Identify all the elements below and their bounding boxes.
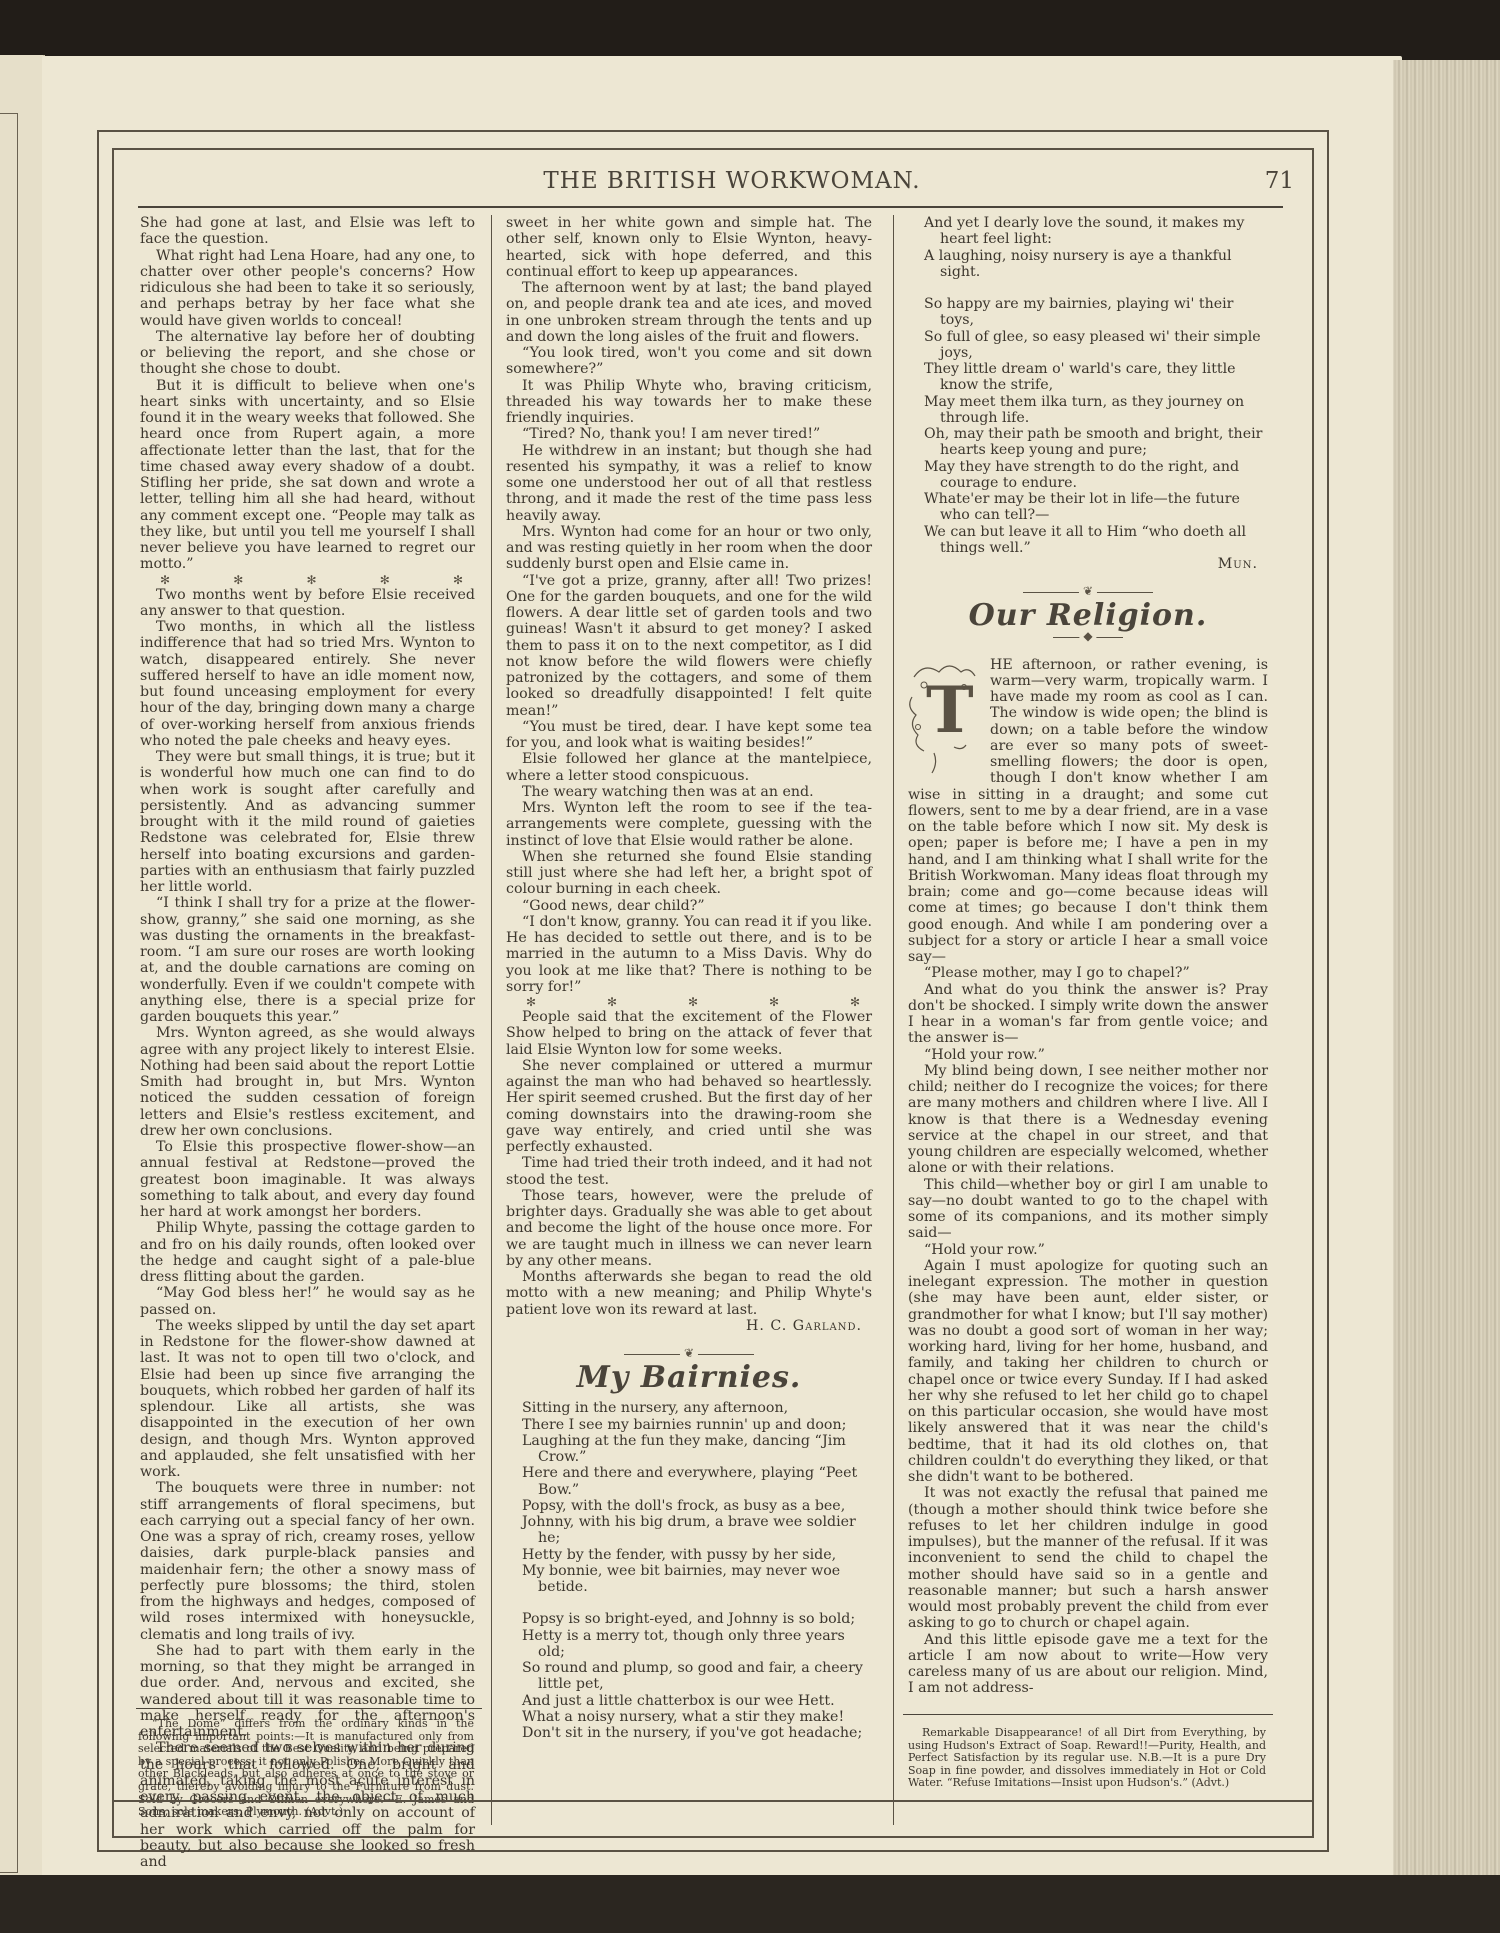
paragraph: Months afterwards she began to read the …: [506, 1269, 872, 1318]
paragraph: Again I must apologize for quoting such …: [908, 1258, 1268, 1486]
advert-text: Remarkable Disappearance! of all Dirt fr…: [908, 1727, 1266, 1790]
paragraph: “Hold your row.”: [908, 1047, 1268, 1063]
paragraph: This child—whether boy or girl I am unab…: [908, 1177, 1268, 1242]
paragraph: Those tears, however, were the prelude o…: [506, 1188, 872, 1269]
poem-line: May they have strength to do the right, …: [924, 459, 1268, 492]
poem-line: Don't sit in the nursery, if you've got …: [522, 1725, 872, 1741]
footer-rule: [112, 1800, 1314, 1802]
advert-text: “The Dome” differs from the ordinary kin…: [138, 1718, 474, 1819]
publication-title: THE BRITISH WORKWOMAN.: [507, 168, 957, 194]
fleuron-icon: ❦: [1079, 583, 1097, 599]
paragraph: To Elsie this prospective flower-show—an…: [140, 1139, 475, 1220]
paragraph: Philip Whyte, passing the cottage garden…: [140, 1220, 475, 1285]
poem-line: Here and there and everywhere, playing “…: [522, 1465, 872, 1498]
paragraph: The bouquets were three in number: not s…: [140, 1480, 475, 1643]
page-number: 71: [1265, 168, 1294, 194]
fleuron-icon: ❦: [680, 1345, 698, 1361]
paragraph: They were but small things, it is true; …: [140, 749, 475, 895]
paragraph: “I've got a prize, granny, after all! Tw…: [506, 573, 872, 719]
article-title: Our Religion.: [908, 608, 1268, 624]
paragraph: Two months, in which all the listless in…: [140, 619, 475, 749]
column-2: sweet in her white gown and simple hat. …: [506, 215, 872, 1835]
poem-line: So round and plump, so good and fair, a …: [522, 1660, 872, 1693]
poem-line: Popsy, with the doll's frock, as busy as…: [522, 1498, 872, 1514]
paragraph: “Please mother, may I go to chapel?”: [908, 965, 1268, 981]
page-stack-edges: [1393, 60, 1500, 1880]
advert-rule: [136, 1708, 482, 1709]
ornate-dropcap: T: [904, 657, 984, 775]
poem-line: So full of glee, so easy pleased wi' the…: [924, 329, 1268, 362]
star-icon: ✻: [688, 995, 698, 1009]
ornamental-divider: ❦: [624, 1350, 754, 1360]
column-1: She had gone at last, and Elsie was left…: [140, 215, 475, 1705]
header-rule: [138, 206, 1283, 208]
facing-page-edge: [0, 55, 45, 1885]
paragraph: Mrs. Wynton agreed, as she would always …: [140, 1025, 475, 1139]
star-icon: ✻: [306, 573, 316, 587]
paragraph: “Tired? No, thank you! I am never tired!…: [506, 426, 872, 442]
article-our-religion: T HE afternoon, or rather evening, is wa…: [908, 657, 1268, 1697]
poem-line: And just a little chatterbox is our wee …: [522, 1693, 872, 1709]
section-break-stars: ✻ ✻ ✻ ✻ ✻: [506, 995, 872, 1009]
advert-hudsons-soap: Remarkable Disappearance! of all Dirt fr…: [908, 1727, 1266, 1790]
poem-line: A laughing, noisy nursery is aye a thank…: [924, 248, 1268, 281]
poem-line: So happy are my bairnies, playing wi' th…: [924, 296, 1268, 329]
paragraph: And this little episode gave me a text f…: [908, 1632, 1268, 1697]
paragraph: “Hold your row.”: [908, 1242, 1268, 1258]
star-icon: ✻: [380, 573, 390, 587]
paragraph: He withdrew in an instant; but though sh…: [506, 443, 872, 524]
paragraph: People said that the excitement of the F…: [506, 1009, 872, 1058]
column-divider: [491, 215, 492, 1825]
poem-line: Laughing at the fun they make, dancing “…: [522, 1433, 872, 1466]
column-divider: [893, 215, 894, 1825]
paragraph: Mrs. Wynton had come for an hour or two …: [506, 524, 872, 573]
advert-dome-blacklead: “The Dome” differs from the ordinary kin…: [138, 1718, 474, 1819]
paragraph: And what do you think the answer is? Pra…: [908, 982, 1268, 1047]
paragraph: Two months went by before Elsie received…: [140, 587, 475, 620]
poem-line: My bonnie, wee bit bairnies, may never w…: [522, 1563, 872, 1596]
paragraph: “I don't know, granny. You can read it i…: [506, 914, 872, 995]
paragraph: What right had Lena Hoare, had any one, …: [140, 248, 475, 329]
column-3: And yet I dearly love the sound, it make…: [908, 215, 1268, 1725]
poem-line: They little dream o' warld's care, they …: [924, 361, 1268, 394]
paragraph: The afternoon went by at last; the band …: [506, 280, 872, 345]
paragraph: It was not exactly the refusal that pain…: [908, 1485, 1268, 1631]
paragraph: “May God bless her!” he would say as he …: [140, 1285, 475, 1318]
star-icon: ✻: [160, 573, 170, 587]
poem-line: Whate'er may be their lot in life—the fu…: [924, 491, 1268, 524]
paragraph: “I think I shall try for a prize at the …: [140, 895, 475, 1025]
poem-line: May meet them ilka turn, as they journey…: [924, 394, 1268, 427]
paragraph: “Good news, dear child?”: [506, 898, 872, 914]
star-icon: ✻: [850, 995, 860, 1009]
running-head: THE BRITISH WORKWOMAN. 71: [112, 168, 1314, 208]
poem-signature: Mun.: [908, 556, 1268, 572]
section-break-stars: ✻ ✻ ✻ ✻ ✻: [140, 573, 475, 587]
facing-page-border: [0, 113, 18, 1873]
paragraph: It was Philip Whyte who, braving critici…: [506, 378, 872, 427]
paragraph: The weary watching then was at an end.: [506, 784, 872, 800]
poem-line: There I see my bairnies runnin' up and d…: [522, 1417, 872, 1433]
author-signature: H. C. Garland.: [506, 1318, 872, 1334]
poem-line: Sitting in the nursery, any afternoon,: [522, 1400, 872, 1416]
star-icon: ✻: [607, 995, 617, 1009]
poem-my-bairnies-continued: And yet I dearly love the sound, it make…: [908, 215, 1268, 556]
small-ornamental-divider: ◆: [1053, 633, 1123, 643]
star-icon: ✻: [233, 573, 243, 587]
star-icon: ✻: [769, 995, 779, 1009]
star-icon: ✻: [453, 573, 463, 587]
paragraph: My blind being down, I see neither mothe…: [908, 1063, 1268, 1177]
scan-background-bottom: [0, 1875, 1500, 1933]
paragraph: She had gone at last, and Elsie was left…: [140, 215, 475, 248]
paragraph: Elsie followed her glance at the mantelp…: [506, 751, 872, 784]
stanza-break: [506, 1595, 872, 1611]
poem-line: Popsy is so bright-eyed, and Johnny is s…: [522, 1611, 872, 1627]
paragraph: But it is difficult to believe when one'…: [140, 378, 475, 573]
poem-line: Oh, may their path be smooth and bright,…: [924, 426, 1268, 459]
paragraph: “You must be tired, dear. I have kept so…: [506, 719, 872, 752]
paragraph: Mrs. Wynton left the room to see if the …: [506, 800, 872, 849]
star-icon: ✻: [526, 995, 536, 1009]
poem-line: We can but leave it all to Him “who doet…: [924, 524, 1268, 557]
paragraph: When she returned she found Elsie standi…: [506, 849, 872, 898]
diamond-icon: ◆: [1079, 628, 1096, 644]
ornamental-divider: ❦: [1023, 588, 1153, 598]
stanza-break: [908, 280, 1268, 296]
scan-background-top: [0, 0, 1500, 62]
poem-line: Hetty is a merry tot, though only three …: [522, 1628, 872, 1661]
advert-rule: [903, 1714, 1273, 1715]
paragraph: Time had tried their troth indeed, and i…: [506, 1155, 872, 1188]
poem-line: And yet I dearly love the sound, it make…: [924, 215, 1268, 248]
paragraph: The weeks slipped by until the day set a…: [140, 1318, 475, 1481]
poem-line: Hetty by the fender, with pussy by her s…: [522, 1547, 872, 1563]
poem-title: My Bairnies.: [506, 1370, 872, 1386]
paragraph: The alternative lay before her of doubti…: [140, 329, 475, 378]
poem-line: Johnny, with his big drum, a brave wee s…: [522, 1514, 872, 1547]
paragraph: sweet in her white gown and simple hat. …: [506, 215, 872, 280]
poem-line: What a noisy nursery, what a stir they m…: [522, 1709, 872, 1725]
poem-my-bairnies: Sitting in the nursery, any afternoon, T…: [506, 1400, 872, 1741]
paragraph: She never complained or uttered a murmur…: [506, 1058, 872, 1156]
dropcap-letter: T: [926, 679, 974, 743]
paragraph: “You look tired, won't you come and sit …: [506, 345, 872, 378]
